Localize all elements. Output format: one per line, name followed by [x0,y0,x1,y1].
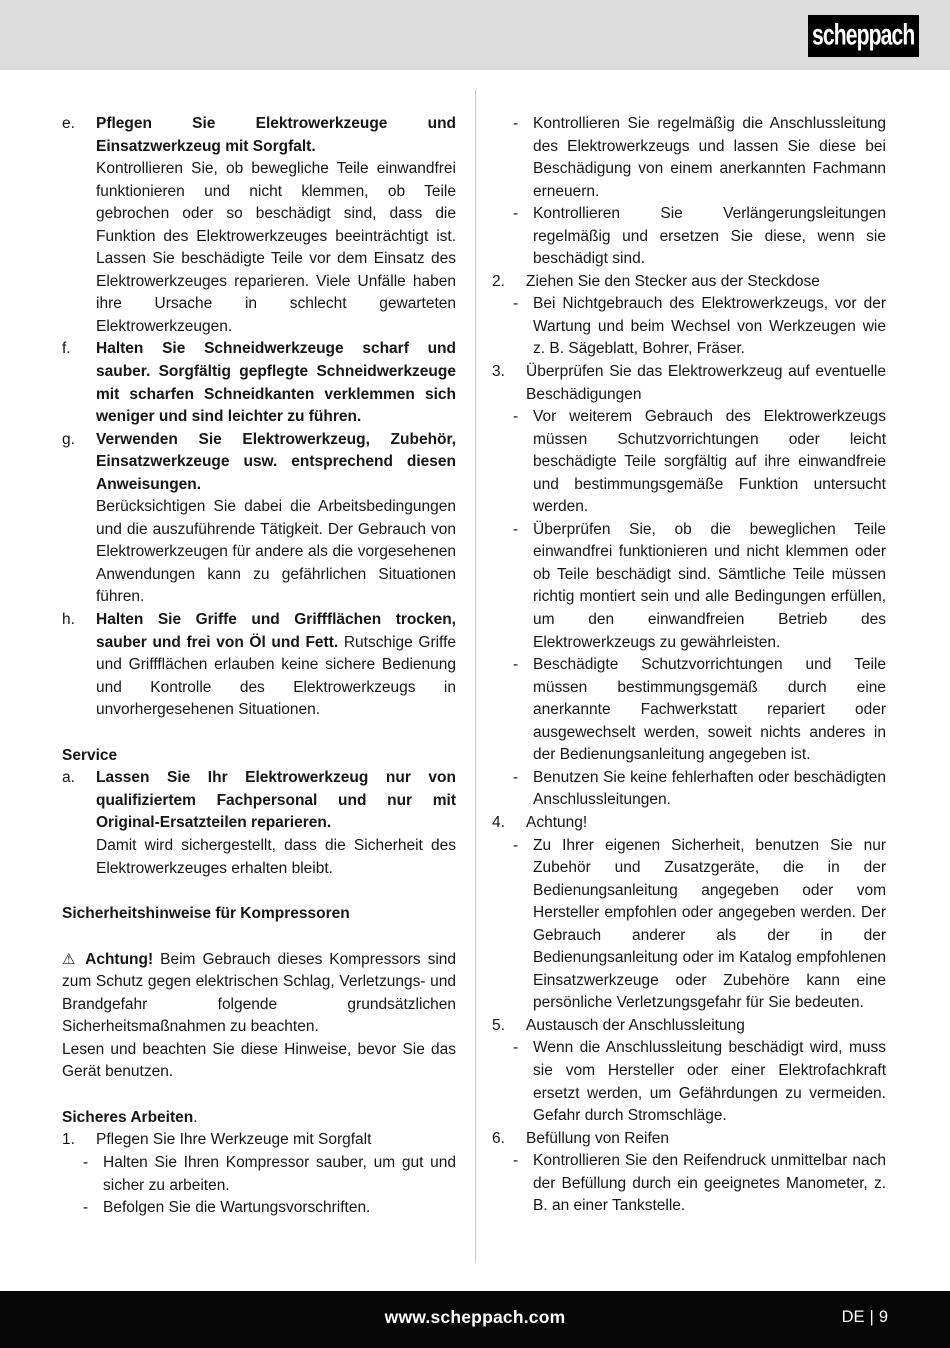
bullet-item: - Kontrollieren Sie den Reifendruck unmi… [513,1150,886,1218]
bullet-text: Befolgen Sie die Wartungsvorschriften. [103,1197,456,1220]
warning-triangle-icon: ⚠ [62,951,78,968]
numbered-item-6: 6. Befüllung von Reifen [492,1128,886,1151]
bullet-item: - Bei Nichtgebrauch des Elektrowerkzeugs… [513,293,886,361]
compressor-safety-heading: Sicherheitshinweise für Kompressoren [62,903,456,926]
item-number: 5. [492,1015,526,1038]
item-title: Pflegen Sie Ihre Werkzeuge mit Sorgfalt [96,1129,456,1152]
footer-website: www.scheppach.com [0,1307,950,1328]
footer-page-info: DE | 9 [842,1308,888,1327]
item-title: Achtung! [526,812,886,835]
numbered-item-5: 5. Austausch der Anschlussleitung [492,1015,886,1038]
bullet-text: Wenn die Anschlussleitung beschädigt wir… [533,1037,886,1127]
item-text: Kontrollieren Sie, ob bewegliche Teile e… [96,158,456,338]
left-column: e. Pflegen Sie Elektrowerkzeuge und Eins… [62,113,456,1220]
bullet-text: Kontrollieren Sie Verlängerungsleitungen… [533,203,886,271]
numbered-item-1: 1. Pflegen Sie Ihre Werkzeuge mit Sorgfa… [62,1129,456,1152]
item-text: Halten Sie Griffe und Griffflächen trock… [96,609,456,722]
item-body: Halten Sie Schneidwerkzeuge scharf und s… [96,338,456,428]
item-number: 3. [492,361,526,406]
bullet-text: Zu Ihrer eigenen Sicherheit, benutzen Si… [533,835,886,1015]
bullet-item: - Kontrollieren Sie regelmäßig die Ansch… [513,113,886,203]
numbered-item-2: 2. Ziehen Sie den Stecker aus der Steckd… [492,271,886,294]
item-text: Berücksichtigen Sie dabei die Arbeitsbed… [96,496,456,609]
item-text: Damit wird sichergestellt, dass die Sich… [96,835,456,880]
bullet-text: Halten Sie Ihren Kompressor sauber, um g… [103,1152,456,1197]
numbered-item-4: 4. Achtung! [492,812,886,835]
item-number: 2. [492,271,526,294]
dash: - [513,203,533,271]
bullet-item: - Wenn die Anschlussleitung beschädigt w… [513,1037,886,1127]
dash: - [513,654,533,767]
dash: - [513,406,533,519]
bullet-item: - Halten Sie Ihren Kompressor sauber, um… [83,1152,456,1197]
list-item-e: e. Pflegen Sie Elektrowerkzeuge und Eins… [62,113,456,338]
bullet-text: Überprüfen Sie, ob die beweglichen Teile… [533,519,886,654]
item-label: h. [62,609,96,722]
service-heading: Service [62,745,456,768]
safe-work-heading-period: . [193,1109,197,1126]
warning-label: Achtung! [85,951,153,968]
item-bold-text: Lassen Sie Ihr Elektrowerkzeug nur von q… [96,767,456,835]
item-bold-text: Verwenden Sie Elektrowerkzeug, Zubehör, … [96,429,456,497]
footer-language: DE [842,1308,865,1327]
item-bold-text: Pflegen Sie Elektrowerkzeuge und Einsatz… [96,113,456,158]
bullet-item: - Benutzen Sie keine fehlerhaften oder b… [513,767,886,812]
item-bold-text: Halten Sie Schneidwerkzeuge scharf und s… [96,338,456,428]
dash: - [513,113,533,203]
safe-work-heading: Sicheres Arbeiten. [62,1107,456,1130]
item-title: Austausch der Anschlussleitung [526,1015,886,1038]
item-title: Ziehen Sie den Stecker aus der Steckdose [526,271,886,294]
item-body: Pflegen Sie Elektrowerkzeuge und Einsatz… [96,113,456,338]
footer-page-number: 9 [879,1308,888,1327]
bullet-item: - Befolgen Sie die Wartungsvorschriften. [83,1197,456,1220]
list-item-h: h. Halten Sie Griffe und Griffflächen tr… [62,609,456,722]
dash: - [513,1037,533,1127]
item-title: Befüllung von Reifen [526,1128,886,1151]
item-label: f. [62,338,96,428]
bullet-text: Kontrollieren Sie regelmäßig die Anschlu… [533,113,886,203]
bullet-item: - Zu Ihrer eigenen Sicherheit, benutzen … [513,835,886,1015]
bullet-item: - Beschädigte Schutzvorrichtungen und Te… [513,654,886,767]
footer-bar: www.scheppach.com DE | 9 [0,1291,950,1348]
dash: - [513,1150,533,1218]
dash: - [513,293,533,361]
right-column: - Kontrollieren Sie regelmäßig die Ansch… [492,113,886,1218]
bullet-item: - Überprüfen Sie, ob die beweglichen Tei… [513,519,886,654]
column-divider [475,90,476,1263]
dash: - [513,519,533,654]
item-label: a. [62,767,96,880]
list-item-f: f. Halten Sie Schneidwerkzeuge scharf un… [62,338,456,428]
bullet-text: Beschädigte Schutzvorrichtungen und Teil… [533,654,886,767]
numbered-item-3: 3. Überprüfen Sie das Elektrowerkzeug au… [492,361,886,406]
item-number: 1. [62,1129,96,1152]
list-item-a-service: a. Lassen Sie Ihr Elektrowerkzeug nur vo… [62,767,456,880]
warning-text-2: Lesen und beachten Sie diese Hinweise, b… [62,1039,456,1084]
bullet-item: - Vor weiterem Gebrauch des Elektrowerkz… [513,406,886,519]
content-area: e. Pflegen Sie Elektrowerkzeuge und Eins… [0,0,950,1291]
item-label: e. [62,113,96,338]
bullet-text: Bei Nichtgebrauch des Elektrowerkzeugs, … [533,293,886,361]
bullet-item: - Kontrollieren Sie Verlängerungsleitung… [513,203,886,271]
warning-paragraph: ⚠ Achtung! Beim Gebrauch dieses Kompress… [62,949,456,1039]
item-title: Überprüfen Sie das Elektrowerkzeug auf e… [526,361,886,406]
dash: - [513,835,533,1015]
dash: - [83,1197,103,1220]
item-label: g. [62,429,96,609]
footer-separator: | [870,1308,874,1327]
item-body: Halten Sie Griffe und Griffflächen trock… [96,609,456,722]
bullet-text: Benutzen Sie keine fehlerhaften oder bes… [533,767,886,812]
list-item-g: g. Verwenden Sie Elektrowerkzeug, Zubehö… [62,429,456,609]
dash: - [83,1152,103,1197]
dash: - [513,767,533,812]
item-body: Verwenden Sie Elektrowerkzeug, Zubehör, … [96,429,456,609]
item-number: 4. [492,812,526,835]
bullet-text: Kontrollieren Sie den Reifendruck unmitt… [533,1150,886,1218]
bullet-text: Vor weiterem Gebrauch des Elektrowerkzeu… [533,406,886,519]
item-number: 6. [492,1128,526,1151]
item-body: Lassen Sie Ihr Elektrowerkzeug nur von q… [96,767,456,880]
